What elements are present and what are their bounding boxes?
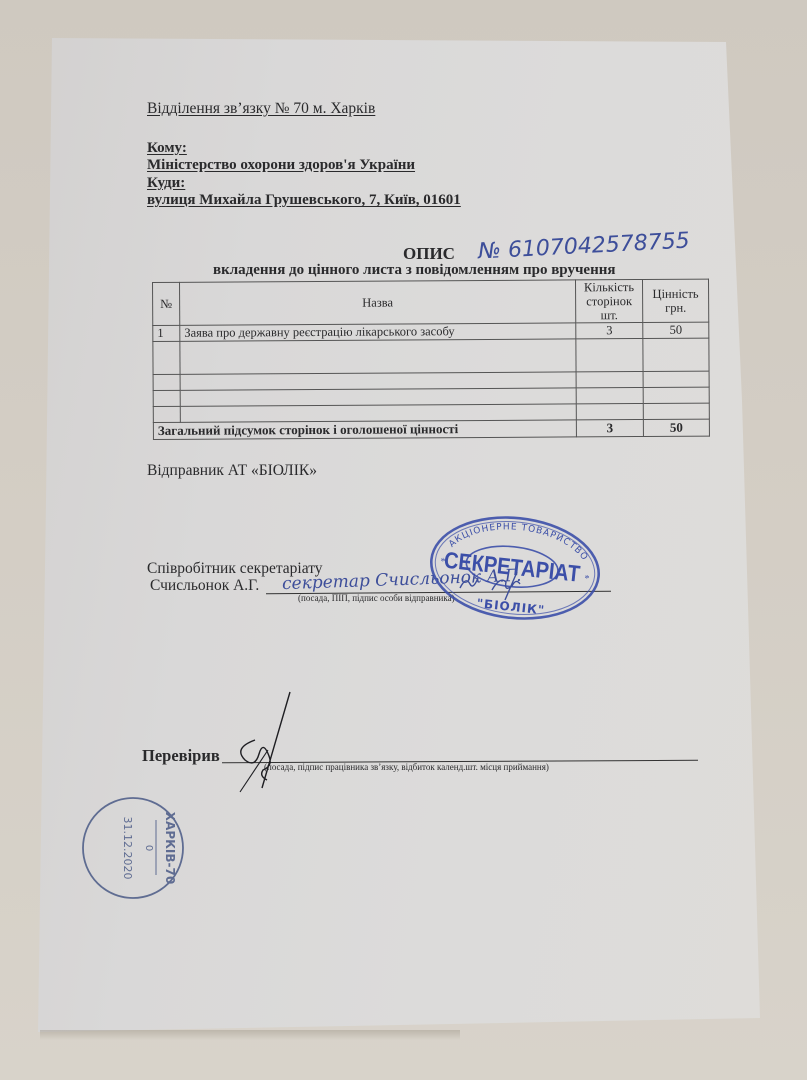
cell-num [153, 390, 180, 406]
paper-sheet: Відділення зв’язку № 70 м. Харків Кому: … [0, 0, 807, 1080]
cell-value [643, 403, 709, 419]
checked-label: Перевірив [142, 746, 220, 766]
cell-num: 1 [153, 325, 180, 341]
cell-pages [576, 388, 643, 404]
cell-name [180, 339, 576, 374]
document-title: ОПИС [403, 244, 455, 264]
cell-num [153, 406, 180, 422]
total-pages: 3 [576, 420, 643, 437]
cell-pages [576, 339, 643, 372]
cell-num [153, 374, 180, 390]
cell-value [643, 371, 709, 387]
sender-line: Відправник АТ «БІОЛІК» [147, 462, 317, 480]
cell-pages [576, 372, 643, 388]
recipient-label: Кому: [147, 140, 187, 157]
cell-value [643, 338, 709, 371]
recipient-address: вулиця Михайла Грушевського, 7, Київ, 01… [147, 192, 461, 209]
total-label: Загальний підсумок сторінок і оголошеної… [153, 420, 576, 440]
total-value: 50 [643, 419, 709, 436]
cell-pages: 3 [576, 323, 643, 339]
table-total-row: Загальний підсумок сторінок і оголошеної… [153, 419, 709, 439]
header-pages: Кількість сторінок шт. [575, 280, 642, 323]
post-office-heading: Відділення зв’язку № 70 м. Харків [147, 100, 375, 118]
staff-name: Счисльонок А.Г. [150, 577, 259, 595]
paper-shadow [40, 1030, 460, 1040]
header-num: № [153, 282, 180, 325]
inventory-table: № Назва Кількість сторінок шт. Цінність … [152, 279, 710, 440]
document-subtitle: вкладення до цінного листа з повідомленн… [213, 262, 615, 279]
address-label: Куди: [147, 175, 185, 192]
cell-value: 50 [643, 322, 709, 338]
table-row [153, 338, 709, 374]
checker-signature-caption: (посада, підпис працівника зв’язку, відб… [264, 762, 549, 772]
table-header-row: № Назва Кількість сторінок шт. Цінність … [153, 279, 709, 325]
header-value: Цінність грн. [642, 279, 708, 322]
cell-pages [576, 404, 643, 420]
recipient-name: Міністерство охорони здоров'я України [147, 157, 415, 174]
cell-value [643, 387, 709, 403]
cell-num [153, 341, 180, 374]
header-name: Назва [180, 280, 576, 325]
sender-signature-caption: (посада, ПІП, підпис особи відправника) [298, 593, 455, 603]
